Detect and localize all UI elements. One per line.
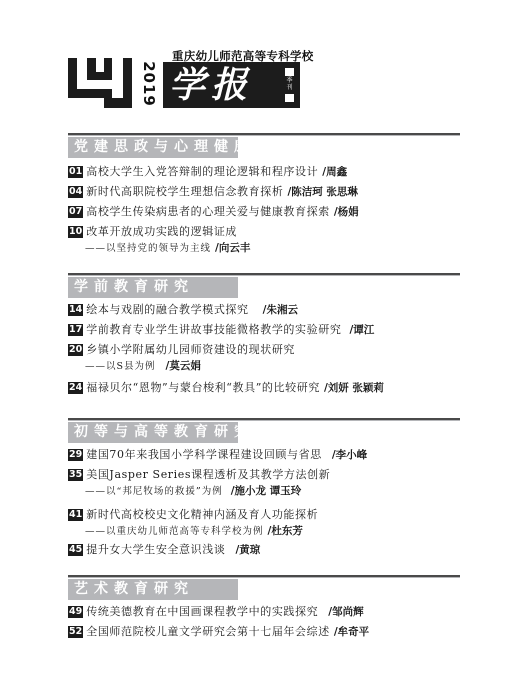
section-header: 党建思政与心理健康 bbox=[68, 137, 238, 158]
article-title: 建国70年来我国小学科学课程建设回顾与省思 bbox=[86, 448, 322, 461]
article-author: /杨娟 bbox=[334, 206, 359, 218]
page-number-badge: 07 bbox=[68, 206, 83, 218]
journal-banner: 学报 季刊 bbox=[163, 62, 300, 108]
article-subtitle-line: ——以坚持党的领导为主线/向云丰 bbox=[85, 241, 460, 256]
page-number-badge: 45 bbox=[68, 544, 83, 556]
page-number-badge: 41 bbox=[68, 509, 83, 521]
issue-number-4-logo bbox=[68, 58, 136, 108]
article-author: /施小龙 谭玉玲 bbox=[231, 485, 302, 497]
toc-entry[interactable]: 24福禄贝尔“恩物”与蒙台梭利“教具”的比较研究/刘妍 张颖莉 bbox=[68, 381, 460, 395]
article-subtitle-line: ——以重庆幼儿师范高等专科学校为例/杜东芳 bbox=[85, 524, 460, 539]
article-author: /朱湘云 bbox=[263, 304, 298, 316]
page-number-badge: 35 bbox=[68, 469, 83, 481]
article-author: /杜东芳 bbox=[268, 525, 303, 537]
article-author: /邹尚辉 bbox=[328, 606, 363, 618]
page-number-badge: 29 bbox=[68, 449, 83, 461]
year-label: 2019 bbox=[140, 58, 158, 110]
article-title: 提升女大学生安全意识浅谈 bbox=[86, 543, 225, 556]
square-ornament-icon bbox=[285, 94, 294, 102]
article-title: 改革开放成功实践的逻辑证成 bbox=[86, 225, 237, 238]
article-subtitle: ——以重庆幼儿师范高等专科学校为例 bbox=[85, 526, 264, 537]
article-author: /向云丰 bbox=[215, 242, 250, 254]
article-title: 新时代高校校史文化精神内涵及育人功能探析 bbox=[86, 508, 318, 521]
article-author: /陈洁珂 张思琳 bbox=[287, 186, 358, 198]
page-number-badge: 14 bbox=[68, 304, 83, 316]
square-ornament-icon bbox=[285, 68, 294, 76]
section-party-ideology-mental-health: 党建思政与心理健康 01高校大学生入党答辩制的理论逻辑和程序设计/周鑫 04新时… bbox=[68, 133, 460, 268]
masthead: 重庆幼儿师范高等专科学校 2019 学报 季刊 bbox=[0, 0, 528, 115]
article-title: 新时代高职院校学生理想信念教育探析 bbox=[86, 185, 283, 198]
article-author: /牟奇平 bbox=[334, 626, 369, 638]
article-subtitle: ——以S县为例 bbox=[85, 361, 156, 372]
article-author: /莫云娟 bbox=[166, 360, 201, 372]
article-author: /刘妍 张颖莉 bbox=[324, 382, 384, 394]
article-author: /黄琼 bbox=[235, 544, 260, 556]
toc-entry[interactable]: 01高校大学生入党答辩制的理论逻辑和程序设计/周鑫 bbox=[68, 165, 460, 179]
section-header: 学前教育研究 bbox=[68, 277, 238, 298]
section-divider bbox=[68, 273, 460, 276]
page-number-badge: 52 bbox=[68, 626, 83, 638]
section-art-education: 艺术教育研究 49传统美德教育在中国画课程教学中的实践探究/邹尚辉 52全国师范… bbox=[68, 575, 460, 655]
toc-entry[interactable]: 45提升女大学生安全意识浅谈/黄琼 bbox=[68, 543, 460, 557]
toc-entry[interactable]: 52全国师范院校儿童文学研究会第十七届年会综述/牟奇平 bbox=[68, 625, 460, 639]
section-header: 艺术教育研究 bbox=[68, 579, 238, 600]
article-subtitle: ——以“邦尼牧场的救援”为例 bbox=[85, 486, 223, 497]
page-number-badge: 24 bbox=[68, 382, 83, 394]
toc-entry[interactable]: 10改革开放成功实践的逻辑证成 ——以坚持党的领导为主线/向云丰 bbox=[68, 225, 460, 256]
section-primary-higher-education: 初等与高等教育研究 29建国70年来我国小学科学课程建设回顾与省思/李小峰 35… bbox=[68, 418, 460, 558]
journal-title: 学报 bbox=[169, 62, 253, 108]
article-subtitle: ——以坚持党的领导为主线 bbox=[85, 243, 211, 254]
toc-entry[interactable]: 41新时代高校校史文化精神内涵及育人功能探析 ——以重庆幼儿师范高等专科学校为例… bbox=[68, 508, 460, 539]
page-number-badge: 10 bbox=[68, 226, 83, 238]
toc-entry[interactable]: 04新时代高职院校学生理想信念教育探析/陈洁珂 张思琳 bbox=[68, 185, 460, 199]
page-number-badge: 04 bbox=[68, 186, 83, 198]
section-preschool-education: 学前教育研究 14绘本与戏剧的融合教学模式探究/朱湘云 17学前教育专业学生讲故… bbox=[68, 273, 460, 403]
page-number-badge: 01 bbox=[68, 166, 83, 178]
article-author: /谭江 bbox=[349, 324, 374, 336]
toc-entry[interactable]: 07高校学生传染病患者的心理关爱与健康教育探索/杨娟 bbox=[68, 205, 460, 219]
article-title: 高校大学生入党答辩制的理论逻辑和程序设计 bbox=[86, 165, 318, 178]
toc-entry[interactable]: 14绘本与戏剧的融合教学模式探究/朱湘云 bbox=[68, 303, 460, 317]
page-number-badge: 17 bbox=[68, 324, 83, 336]
toc-entry[interactable]: 49传统美德教育在中国画课程教学中的实践探究/邹尚辉 bbox=[68, 605, 460, 619]
frequency-label: 季刊 bbox=[284, 77, 295, 91]
article-title: 全国师范院校儿童文学研究会第十七届年会综述 bbox=[86, 625, 330, 638]
article-author: /李小峰 bbox=[332, 449, 367, 461]
toc-entry[interactable]: 35美国Jasper Series课程透析及其教学方法创新 ——以“邦尼牧场的救… bbox=[68, 468, 460, 499]
section-divider bbox=[68, 133, 460, 136]
toc-entry[interactable]: 20乡镇小学附属幼儿园师资建设的现状研究 ——以S县为例/莫云娟 bbox=[68, 343, 460, 374]
section-divider bbox=[68, 418, 460, 421]
toc-entry[interactable]: 29建国70年来我国小学科学课程建设回顾与省思/李小峰 bbox=[68, 448, 460, 462]
article-subtitle-line: ——以S县为例/莫云娟 bbox=[85, 359, 460, 374]
toc-entry[interactable]: 17学前教育专业学生讲故事技能微格教学的实验研究/谭江 bbox=[68, 323, 460, 337]
article-title: 学前教育专业学生讲故事技能微格教学的实验研究 bbox=[86, 323, 341, 336]
article-title: 高校学生传染病患者的心理关爱与健康教育探索 bbox=[86, 205, 330, 218]
article-title: 乡镇小学附属幼儿园师资建设的现状研究 bbox=[86, 343, 295, 356]
article-title: 传统美德教育在中国画课程教学中的实践探究 bbox=[86, 605, 318, 618]
section-header: 初等与高等教育研究 bbox=[68, 422, 238, 443]
article-title: 福禄贝尔“恩物”与蒙台梭利“教具”的比较研究 bbox=[86, 381, 320, 394]
page-number-badge: 20 bbox=[68, 344, 83, 356]
page-number-badge: 49 bbox=[68, 606, 83, 618]
article-title: 绘本与戏剧的融合教学模式探究 bbox=[86, 303, 248, 316]
article-subtitle-line: ——以“邦尼牧场的救援”为例/施小龙 谭玉玲 bbox=[85, 484, 460, 499]
article-author: /周鑫 bbox=[322, 166, 347, 178]
section-divider bbox=[68, 575, 460, 578]
article-title: 美国Jasper Series课程透析及其教学方法创新 bbox=[86, 468, 330, 481]
